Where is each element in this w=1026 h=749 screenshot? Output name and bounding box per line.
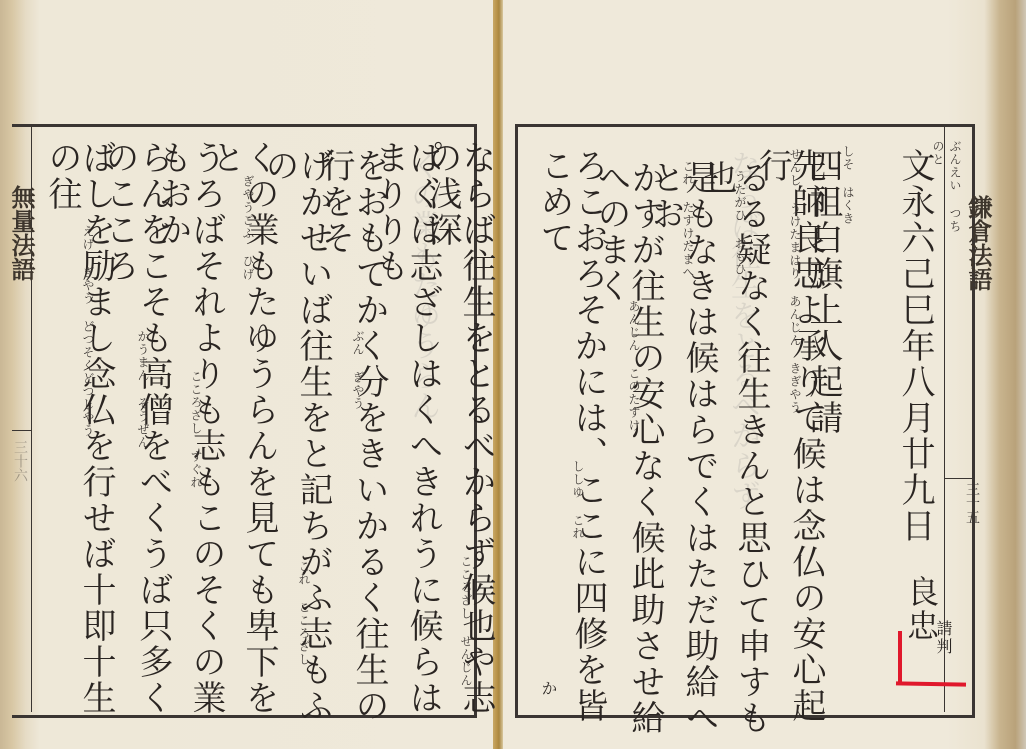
signature: 良忠 bbox=[905, 575, 937, 643]
furigana: これ たすけたまへ bbox=[680, 160, 697, 640]
furigana: しそ はくき bbox=[840, 145, 857, 225]
furigana: ぶん ぎやう bbox=[350, 330, 367, 630]
text-column: ばしを励まし念仏を行せば十即十生の往 bbox=[45, 140, 113, 749]
signature-seal: 請判 bbox=[935, 620, 951, 656]
furigana: こころざし すぐれ bbox=[188, 370, 205, 670]
furigana: ぎやうごふ ひげ bbox=[240, 175, 257, 675]
furigana: ぶんえい つちのと bbox=[930, 140, 964, 240]
left-margin-title: 無量法語 bbox=[4, 185, 39, 281]
right-hashira-divider bbox=[944, 478, 972, 479]
furigana: こころざし せんじん bbox=[458, 555, 475, 695]
left-hashira-divider bbox=[12, 430, 31, 431]
furigana: ししゆ これ bbox=[570, 460, 587, 610]
right-folio: 三十五 bbox=[962, 482, 982, 524]
furigana: せんし うけたまはり あんじん きぎやう bbox=[787, 148, 804, 688]
text-column: 文永六己巳年八月廿九日 bbox=[898, 148, 932, 544]
furigana: あんじん このたすけ bbox=[626, 300, 643, 600]
furigana: これ こころざし bbox=[296, 560, 313, 680]
right-margin-title: 鎌倉法語 bbox=[961, 195, 996, 291]
furigana: うたがひ おもひ bbox=[732, 170, 749, 570]
text-column: ろこおろそかには、ここに四修を皆こめて bbox=[537, 148, 605, 749]
furigana: えげ ぎやう どつそくどつしやう bbox=[80, 225, 97, 695]
text-column: か bbox=[540, 680, 556, 698]
left-folio: 三十六 bbox=[10, 440, 30, 482]
red-annotation-mark-vertical bbox=[898, 631, 902, 685]
furigana: かうまん ぞうぜん bbox=[135, 330, 152, 660]
